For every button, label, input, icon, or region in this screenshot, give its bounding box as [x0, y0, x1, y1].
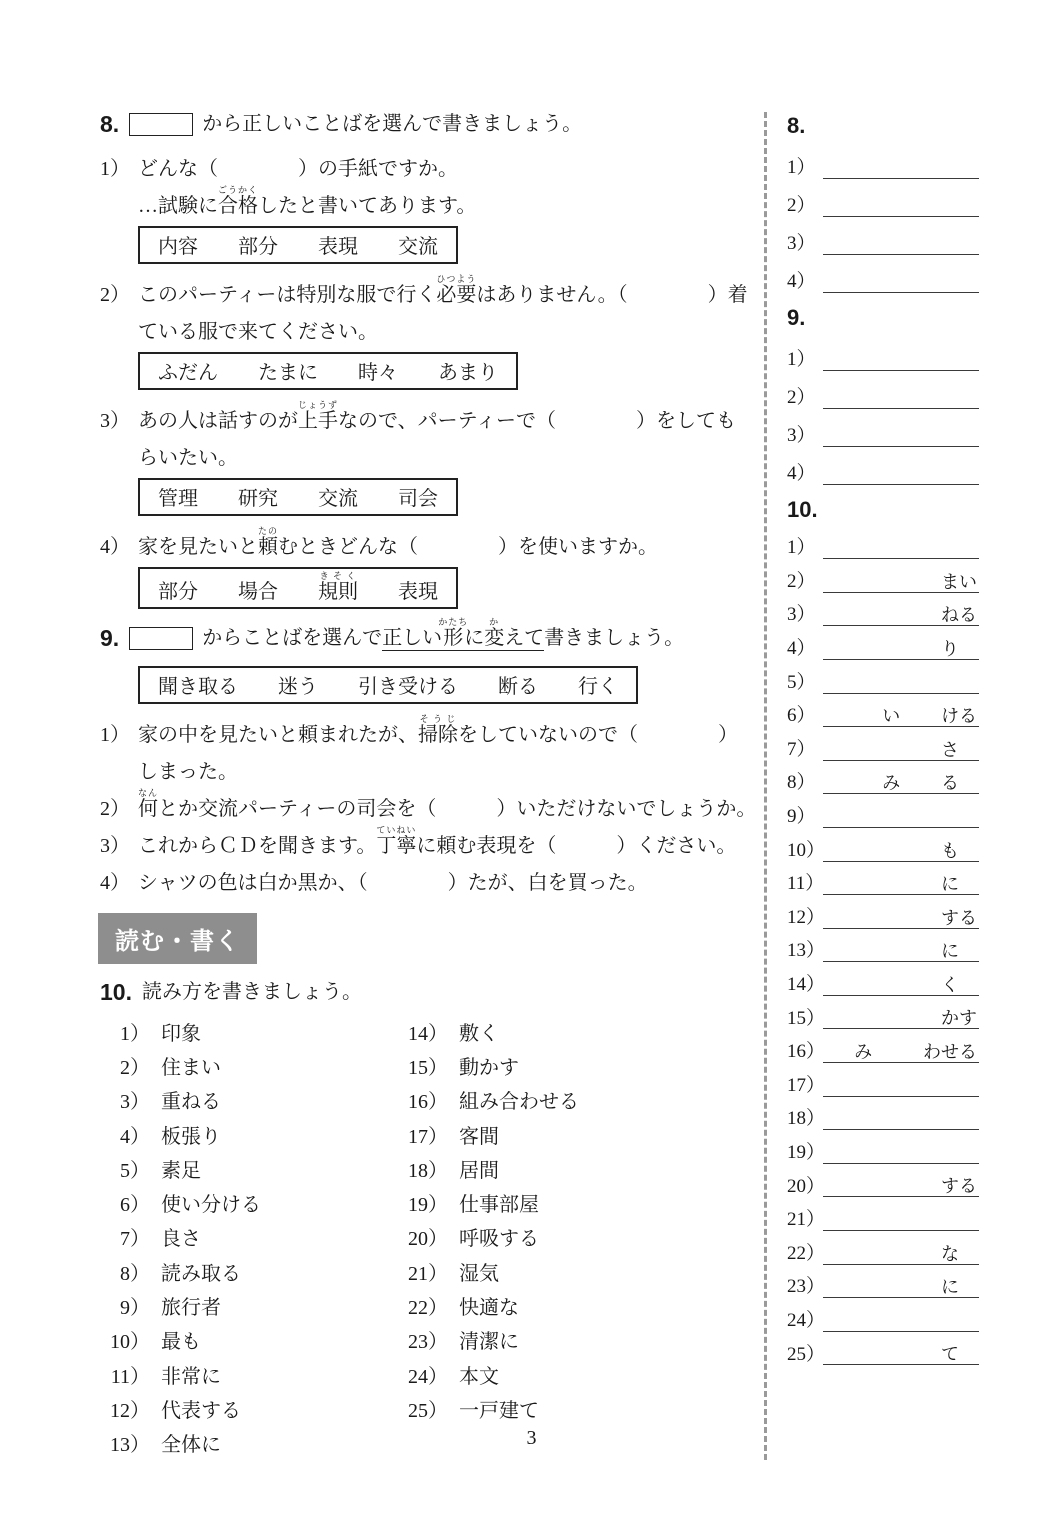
vocab-item: 24）本文 [400, 1357, 698, 1391]
answer-row: 20）する [787, 1164, 979, 1198]
section-9-number: 9. [100, 627, 119, 650]
vocab-word: 呼吸する [459, 1222, 539, 1251]
answer-number: 23） [787, 1277, 823, 1298]
answer-row: 9） [787, 794, 979, 828]
section-10: 10. 読み方を書きましょう。 1）印象2）住まい3）重ねる4）板張り5）素足6… [100, 980, 762, 1460]
answer-row: 21） [787, 1197, 979, 1231]
answer-number: 7） [787, 740, 823, 761]
answer-hint: する [941, 1172, 977, 1198]
section-9-header: 9. からことばを選んで正しい形かたちに変かえて書きましょう。 [100, 617, 762, 650]
underlined-text: えて [504, 627, 544, 651]
answer-blank[interactable] [823, 1129, 979, 1164]
choice-box: 聞き取る迷う引き受ける断る行く [138, 666, 638, 704]
question-line: 1）どんな（ ）の手紙ですか。 [100, 146, 762, 183]
page-number: 3 [0, 1427, 1063, 1450]
answer-hint: に [941, 937, 959, 963]
vocab-number: 15） [400, 1051, 448, 1080]
answer-number: 25） [787, 1345, 823, 1366]
answer-blank[interactable]: みわせる [823, 1028, 979, 1063]
vocab-word: 最も [161, 1325, 201, 1354]
vocab-number: 4） [102, 1120, 150, 1149]
choice-word: 交流 [398, 230, 438, 259]
question-item: 3）これからＣＤを聞きます。丁寧ていねいに頼む表現を（ ）ください。 [100, 823, 762, 860]
vocab-item: 8）読み取る [102, 1254, 400, 1288]
answer-row: 17） [787, 1063, 979, 1097]
answer-number: 4） [787, 639, 823, 660]
answer-blank[interactable]: する [823, 894, 979, 929]
answer-row: 5） [787, 660, 979, 694]
vocab-number: 6） [102, 1188, 150, 1217]
answer-blank[interactable]: みる [823, 760, 979, 795]
read-write-band-label: 読む・書く [115, 928, 240, 955]
question-item: 3）あの人は話すのが上手じょうずなので、パーティーで（ ）をしてもらいたい。管理… [100, 398, 762, 524]
vocab-item: 22）快適な [400, 1288, 698, 1322]
vocab-item: 10）最も [102, 1323, 400, 1357]
answer-hint: わせる [923, 1038, 977, 1064]
question-text: しまった。 [138, 759, 762, 786]
choice-word: 行く [578, 670, 618, 699]
answer-blank[interactable]: り [823, 625, 979, 660]
answer-blank[interactable]: する [823, 1163, 979, 1198]
vocab-number: 25） [400, 1394, 448, 1423]
vocab-column-2: 14）敷く15）動かす16）組み合わせる17）客間18）居間19）仕事部屋20）… [400, 1014, 698, 1460]
answer-blank[interactable] [823, 178, 979, 217]
vocab-word: 旅行者 [161, 1291, 221, 1320]
answer-row: 2） [787, 371, 979, 409]
question-line: らいたい。 [100, 435, 762, 472]
vocab-number: 3） [102, 1085, 150, 1114]
vocab-number: 8） [102, 1257, 150, 1286]
answer-number: 3） [787, 234, 823, 255]
answer-blank[interactable] [823, 1062, 979, 1097]
vocab-word: 良さ [161, 1222, 201, 1251]
choice-word: 規則きそく [318, 571, 358, 604]
choice-word: 研究 [238, 482, 278, 511]
choice-word: 表現 [398, 575, 438, 604]
answer-blank[interactable]: に [823, 928, 979, 963]
vocab-item: 3）重ねる [102, 1083, 400, 1117]
vocab-number: 9） [102, 1291, 150, 1320]
question-number: 1） [100, 156, 138, 183]
question-number: 1） [100, 722, 138, 749]
answer-row: 7）さ [787, 727, 979, 761]
answer-number: 8） [787, 773, 823, 794]
question-line: 4）家を見たいと頼たのむときどんな（ ）を使いますか。 [100, 524, 762, 561]
answer-number: 1） [787, 538, 823, 559]
answer-number: 17） [787, 1076, 823, 1097]
main-column: 8. から正しいことばを選んで書きましょう。 1）どんな（ ）の手紙ですか。…試… [100, 112, 762, 1460]
vocab-item: 11）非常に [102, 1357, 400, 1391]
section-8-number: 8. [100, 113, 119, 136]
answer-number: 12） [787, 908, 823, 929]
vocab-word: 使い分ける [161, 1188, 261, 1217]
question-text: どんな（ ）の手紙ですか。 [138, 156, 762, 183]
answer-hint: み [854, 1038, 872, 1064]
choice-word: 交流 [318, 482, 358, 511]
answer-number: 20） [787, 1177, 823, 1198]
vocab-number: 16） [400, 1085, 448, 1114]
answer-blank[interactable]: て [823, 1331, 979, 1366]
section-9-choice-box-wrap: 聞き取る迷う引き受ける断る行く [100, 660, 762, 712]
answer-hint: り [941, 635, 959, 661]
section-9: 9. からことばを選んで正しい形かたちに変かえて書きましょう。 聞き取る迷う引き… [100, 617, 762, 897]
answer-row: 1） [787, 526, 979, 560]
answer-hint: に [941, 1273, 959, 1299]
section-8: 8. から正しいことばを選んで書きましょう。 1）どんな（ ）の手紙ですか。…試… [100, 112, 762, 617]
choice-box: 内容部分表現交流 [138, 226, 458, 264]
furigana-text: 何なん [138, 798, 158, 820]
answer-blank[interactable] [823, 1196, 979, 1231]
question-text: このパーティーは特別な服で行く必要ひつようはありません。（ ）着 [138, 274, 762, 309]
furigana-text: 上手じょうず [298, 410, 338, 432]
question-item: 2）このパーティーは特別な服で行く必要ひつようはありません。（ ）着ている服で来… [100, 272, 762, 398]
answer-row: 14）く [787, 962, 979, 996]
section-10-number: 10. [100, 981, 132, 1004]
answer-hint: かす [941, 1004, 977, 1030]
vocab-item: 21）湿気 [400, 1254, 698, 1288]
answer-hint: く [941, 971, 959, 997]
answer-blank[interactable] [823, 793, 979, 828]
section-8-instruction: から正しいことばを選んで書きましょう。 [202, 112, 582, 136]
answer-row: 4）り [787, 626, 979, 660]
answer-number: 2） [787, 388, 823, 409]
question-number: 3） [100, 408, 138, 435]
section-8-questions: 1）どんな（ ）の手紙ですか。…試験に合格ごうかくしたと書いてあります。内容部分… [100, 146, 762, 617]
answer-row: 3） [787, 217, 979, 255]
vocab-item: 14）敷く [400, 1014, 698, 1048]
answer-number: 24） [787, 1311, 823, 1332]
answer-row: 13）に [787, 929, 979, 963]
vocab-word: 湿気 [459, 1257, 499, 1286]
answer-blank[interactable] [823, 446, 979, 485]
choice-word: たまに [258, 356, 318, 385]
answer-number: 4） [787, 464, 823, 485]
vocab-number: 7） [102, 1222, 150, 1251]
vocab-word: 仕事部屋 [459, 1188, 539, 1217]
vocab-number: 22） [400, 1291, 448, 1320]
workbook-page: 8. から正しいことばを選んで書きましょう。 1）どんな（ ）の手紙ですか。…試… [0, 0, 1063, 1536]
vocab-word: 組み合わせる [459, 1085, 579, 1114]
choice-word: 管理 [158, 482, 198, 511]
vocab-item: 7）良さ [102, 1220, 400, 1254]
vocab-word: 居間 [459, 1154, 499, 1183]
question-line: 4）シャツの色は白か黒か、（ ）たが、白を買った。 [100, 860, 762, 897]
answer-number: 1） [787, 158, 823, 179]
vocab-item: 15）動かす [400, 1048, 698, 1082]
answer-number: 3） [787, 605, 823, 626]
question-text: シャツの色は白か黒か、（ ）たが、白を買った。 [138, 870, 762, 897]
question-item: 2）何なんとか交流パーティーの司会を（ ）いただけないでしょうか。 [100, 786, 762, 823]
vocab-item: 16）組み合わせる [400, 1083, 698, 1117]
answer-blank[interactable]: に [823, 1264, 979, 1299]
vocab-word: 敷く [459, 1017, 499, 1046]
vocab-item: 5）素足 [102, 1151, 400, 1185]
question-text: 家の中を見たいと頼まれたが、掃除そうじをしていないので（ ） [138, 714, 762, 749]
choice-word: 司会 [398, 482, 438, 511]
answer-blank[interactable] [823, 140, 979, 179]
question-item: 1）どんな（ ）の手紙ですか。…試験に合格ごうかくしたと書いてあります。内容部分… [100, 146, 762, 272]
answer-hint: まい [941, 568, 977, 594]
vocab-word: 快適な [459, 1291, 519, 1320]
choice-word: 部分 [158, 575, 198, 604]
answer-row: 18） [787, 1097, 979, 1131]
vocab-number: 2） [102, 1051, 150, 1080]
answer-row: 3） [787, 409, 979, 447]
question-line: 1）家の中を見たいと頼まれたが、掃除そうじをしていないので（ ） [100, 712, 762, 749]
choice-word: 内容 [158, 230, 198, 259]
question-text: 家を見たいと頼たのむときどんな（ ）を使いますか。 [138, 526, 762, 561]
vocab-number: 1） [102, 1017, 150, 1046]
underlined-text: に [464, 627, 484, 651]
question-text: あの人は話すのが上手じょうずなので、パーティーで（ ）をしても [138, 400, 762, 435]
question-number: 2） [100, 282, 138, 309]
question-line: しまった。 [100, 749, 762, 786]
answer-row: 4） [787, 447, 979, 485]
answer-row: 2） [787, 179, 979, 217]
answer-blank[interactable]: まい [823, 558, 979, 593]
answer-hint: ねる [941, 601, 977, 627]
choice-word: 表現 [318, 230, 358, 259]
answer-hint: て [941, 1340, 959, 1366]
answer-blank[interactable] [823, 370, 979, 409]
section-10-header: 10. 読み方を書きましょう。 [100, 980, 762, 1004]
choice-word: 部分 [238, 230, 278, 259]
vocab-number: 10） [102, 1325, 150, 1354]
answer-group: 10.1）2）まい3）ねる4）り5）6）いける7）さ8）みる9）10）も11）に… [787, 498, 979, 1365]
choice-box: ふだんたまに時々あまり [138, 352, 518, 390]
choice-box: 管理研究交流司会 [138, 478, 458, 516]
choice-word: ふだん [158, 356, 218, 385]
answer-row: 10）も [787, 828, 979, 862]
furigana-text: 頼たの [258, 536, 278, 558]
underlined-text: 形かたち [442, 627, 464, 651]
question-line: 3）これからＣＤを聞きます。丁寧ていねいに頼む表現を（ ）ください。 [100, 823, 762, 860]
answer-row: 12）する [787, 895, 979, 929]
answer-blank[interactable] [823, 216, 979, 255]
vocab-word: 清潔に [459, 1325, 519, 1354]
vocab-number: 14） [400, 1017, 448, 1046]
vocab-item: 19）仕事部屋 [400, 1185, 698, 1219]
answer-column: 8.1）2）3）4）9.1）2）3）4）10.1）2）まい3）ねる4）り5）6）… [787, 112, 979, 1460]
question-text: ている服で来てください。 [138, 319, 762, 346]
choice-word: 時々 [358, 356, 398, 385]
answer-row: 4） [787, 255, 979, 293]
answer-number: 11） [787, 874, 823, 895]
vocab-item: 6）使い分ける [102, 1185, 400, 1219]
choice-word: 場合 [238, 575, 278, 604]
vocab-column-1: 1）印象2）住まい3）重ねる4）板張り5）素足6）使い分ける7）良さ8）読み取る… [102, 1014, 400, 1460]
answer-group-number: 9. [787, 306, 979, 330]
section-9-instruction: からことばを選んで正しい形かたちに変かえて書きましょう。 [202, 617, 684, 650]
answer-blank[interactable] [823, 408, 979, 447]
vocab-word: 本文 [459, 1360, 499, 1389]
underlined-text: 変か [484, 627, 504, 651]
answer-row: 2）まい [787, 559, 979, 593]
vocab-word: 客間 [459, 1120, 499, 1149]
question-text: 何なんとか交流パーティーの司会を（ ）いただけないでしょうか。 [138, 788, 762, 823]
answer-number: 3） [787, 426, 823, 447]
vocab-item: 23）清潔に [400, 1323, 698, 1357]
question-text: …試験に合格ごうかくしたと書いてあります。 [138, 185, 762, 220]
answer-row: 23）に [787, 1265, 979, 1299]
answer-hint: も [941, 837, 959, 863]
answer-hint: み [882, 769, 900, 795]
section-8-header: 8. から正しいことばを選んで書きましょう。 [100, 112, 762, 136]
answer-blank[interactable]: な [823, 1230, 979, 1265]
answer-blank[interactable] [823, 525, 979, 560]
answer-number: 19） [787, 1143, 823, 1164]
answer-row: 1） [787, 141, 979, 179]
question-number: 4） [100, 870, 138, 897]
answer-blank[interactable]: く [823, 961, 979, 996]
answer-blank[interactable] [823, 1096, 979, 1131]
vocab-item: 2）住まい [102, 1048, 400, 1082]
answer-row: 16）みわせる [787, 1029, 979, 1063]
answer-number: 4） [787, 272, 823, 293]
vocab-number: 19） [400, 1188, 448, 1217]
answer-hint: さ [941, 736, 959, 762]
answer-group-number: 10. [787, 498, 979, 522]
answer-blank[interactable] [823, 1297, 979, 1332]
furigana-text: 形かたち [442, 627, 464, 649]
answer-blank[interactable] [823, 332, 979, 371]
answer-blank[interactable]: に [823, 861, 979, 896]
vocab-number: 17） [400, 1120, 448, 1149]
answer-number: 18） [787, 1109, 823, 1130]
answer-number: 21） [787, 1210, 823, 1231]
question-number: 2） [100, 796, 138, 823]
vocab-item: 12）代表する [102, 1391, 400, 1425]
answer-hint: る [941, 769, 959, 795]
answer-blank[interactable]: さ [823, 726, 979, 761]
question-item: 4）家を見たいと頼たのむときどんな（ ）を使いますか。部分場合規則きそく表現 [100, 524, 762, 617]
page-content: 8. から正しいことばを選んで書きましょう。 1）どんな（ ）の手紙ですか。…試… [100, 112, 979, 1460]
answer-number: 10） [787, 841, 823, 862]
vocab-word: 住まい [161, 1051, 221, 1080]
answer-number: 14） [787, 975, 823, 996]
answer-blank[interactable]: ねる [823, 592, 979, 627]
answer-hint: に [941, 870, 959, 896]
question-number: 3） [100, 833, 138, 860]
answer-row: 3）ねる [787, 593, 979, 627]
vocab-number: 5） [102, 1154, 150, 1183]
question-line: 2）何なんとか交流パーティーの司会を（ ）いただけないでしょうか。 [100, 786, 762, 823]
choice-word: 聞き取る [158, 670, 238, 699]
choice-box: 部分場合規則きそく表現 [138, 567, 458, 609]
question-text: らいたい。 [138, 445, 762, 472]
vocab-word: 読み取る [161, 1257, 241, 1286]
vocab-number: 12） [102, 1394, 150, 1423]
answer-row: 11）に [787, 862, 979, 896]
answer-row: 1） [787, 333, 979, 371]
furigana-text: 掃除そうじ [418, 724, 458, 746]
vocab-number: 18） [400, 1154, 448, 1183]
answer-number: 13） [787, 941, 823, 962]
vocab-word: 重ねる [161, 1085, 221, 1114]
vocab-item: 20）呼吸する [400, 1220, 698, 1254]
underlined-text: 正しい [382, 627, 442, 651]
answer-row: 25）て [787, 1332, 979, 1366]
choice-word: あまり [438, 356, 498, 385]
vocab-word: 動かす [459, 1051, 519, 1080]
vocab-word: 印象 [161, 1017, 201, 1046]
question-line: 3）あの人は話すのが上手じょうずなので、パーティーで（ ）をしても [100, 398, 762, 435]
question-item: 1）家の中を見たいと頼まれたが、掃除そうじをしていないので（ ）しまった。 [100, 712, 762, 786]
vocab-number: 23） [400, 1325, 448, 1354]
vocab-list: 1）印象2）住まい3）重ねる4）板張り5）素足6）使い分ける7）良さ8）読み取る… [102, 1014, 762, 1460]
section-10-instruction: 読み方を書きましょう。 [142, 980, 362, 1004]
question-text: これからＣＤを聞きます。丁寧ていねいに頼む表現を（ ）ください。 [138, 825, 762, 860]
vocab-item: 9）旅行者 [102, 1288, 400, 1322]
answer-number: 2） [787, 572, 823, 593]
choice-word: 引き受ける [358, 670, 458, 699]
vocab-item: 4）板張り [102, 1117, 400, 1151]
vocab-item: 1）印象 [102, 1014, 400, 1048]
word-box-placeholder [129, 113, 193, 136]
answer-number: 6） [787, 706, 823, 727]
answer-group: 9.1）2）3）4） [787, 306, 979, 485]
vocab-number: 24） [400, 1360, 448, 1389]
answer-group-number: 8. [787, 114, 979, 138]
answer-number: 9） [787, 807, 823, 828]
vocab-item: 25）一戸建て [400, 1391, 698, 1425]
answer-number: 2） [787, 196, 823, 217]
answer-number: 1） [787, 350, 823, 371]
vocab-word: 素足 [161, 1154, 201, 1183]
answer-blank[interactable] [823, 254, 979, 293]
vocab-word: 一戸建て [459, 1394, 539, 1423]
answer-blank[interactable]: いける [823, 693, 979, 728]
choice-word: 迷う [278, 670, 318, 699]
answer-blank[interactable]: も [823, 827, 979, 862]
vocab-item: 17）客間 [400, 1117, 698, 1151]
word-box-placeholder [129, 627, 193, 650]
choice-word: 断る [498, 670, 538, 699]
answer-number: 16） [787, 1042, 823, 1063]
furigana-text: 合格ごうかく [218, 195, 258, 217]
answer-row: 22）な [787, 1231, 979, 1265]
answer-number: 22） [787, 1244, 823, 1265]
answer-row: 19） [787, 1130, 979, 1164]
answer-group: 8.1）2）3）4） [787, 114, 979, 293]
section-9-questions: 1）家の中を見たいと頼まれたが、掃除そうじをしていないので（ ）しまった。2）何… [100, 712, 762, 897]
question-line: …試験に合格ごうかくしたと書いてあります。 [100, 183, 762, 220]
answer-blank[interactable]: かす [823, 995, 979, 1030]
answer-hint: する [941, 904, 977, 930]
question-item: 4）シャツの色は白か黒か、（ ）たが、白を買った。 [100, 860, 762, 897]
furigana-text: 丁寧ていねい [376, 835, 416, 857]
vocab-number: 11） [102, 1360, 150, 1389]
vocab-number: 21） [400, 1257, 448, 1286]
answer-row: 15）かす [787, 996, 979, 1030]
answer-row: 24） [787, 1298, 979, 1332]
answer-number: 5） [787, 673, 823, 694]
furigana-text: 必要ひつよう [436, 284, 476, 306]
answer-row: 6）いける [787, 694, 979, 728]
question-line: 2）このパーティーは特別な服で行く必要ひつようはありません。（ ）着 [100, 272, 762, 309]
question-number: 4） [100, 534, 138, 561]
vocab-word: 板張り [161, 1120, 221, 1149]
read-write-band: 読む・書く [98, 913, 257, 964]
vocab-word: 非常に [161, 1360, 221, 1389]
furigana-text: 規則きそく [318, 581, 358, 603]
answer-row: 8）みる [787, 761, 979, 795]
vocab-word: 代表する [161, 1394, 241, 1423]
vocab-number: 20） [400, 1222, 448, 1251]
answer-hint: い [882, 702, 900, 728]
column-divider [764, 112, 767, 1460]
answer-blank[interactable] [823, 659, 979, 694]
